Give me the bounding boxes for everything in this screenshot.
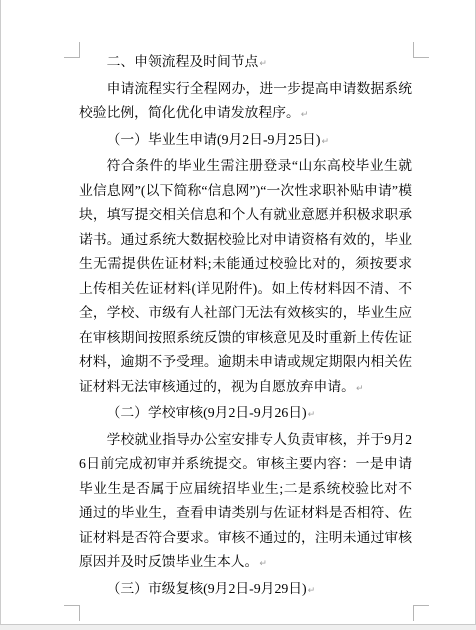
document-page: 二、申领流程及时间节点↵申请流程实行全程网办，进一步提高申请数据系统校验比例，简… <box>0 0 476 625</box>
document-content: 二、申领流程及时间节点↵申请流程实行全程网办，进一步提高申请数据系统校验比例，简… <box>79 50 412 603</box>
paragraph-body: 符合条件的毕业生需注册登录“山东高校毕业生就业信息网”(以下简称“信息网”)“一… <box>79 154 412 401</box>
paragraph-text: 申请流程实行全程网办，进一步提高申请数据系统校验比例，简化优化申请发放程序。 <box>79 81 412 121</box>
paragraph-body: 学校就业指导办公室安排专人负责审核，并于9月26日前完成初审并系统提交。审核主要… <box>79 428 412 577</box>
text-boundary-mark-bottom-left <box>64 605 80 621</box>
paragraph-mark-icon: ↵ <box>356 384 364 394</box>
paragraph-text: （二）学校审核(9月2日-9月26日) <box>107 405 307 420</box>
text-boundary-mark-top-left <box>64 42 80 58</box>
paragraph-mark-icon: ↵ <box>308 586 316 596</box>
paragraph-heading: （一）毕业生申请(9月2日-9月25日)↵ <box>79 128 412 155</box>
paragraph-body: 申请流程实行全程网办，进一步提高申请数据系统校验比例，简化优化申请发放程序。↵ <box>79 77 412 128</box>
paragraph-mark-icon: ↵ <box>259 559 267 569</box>
paragraph-text: 学校就业指导办公室安排专人负责审核，并于9月26日前完成初审并系统提交。审核主要… <box>79 432 412 570</box>
paragraph-text: （一）毕业生申请(9月2日-9月25日) <box>107 132 321 147</box>
paragraph-text: 二、申领流程及时间节点 <box>107 54 259 69</box>
paragraph-heading: 二、申领流程及时间节点↵ <box>79 50 412 77</box>
text-boundary-mark-bottom-right <box>413 605 429 621</box>
paragraph-text: （三）市级复核(9月2日-9月29日) <box>107 581 307 596</box>
paragraph-mark-icon: ↵ <box>301 110 309 120</box>
paragraph-text: 符合条件的毕业生需注册登录“山东高校毕业生就业信息网”(以下简称“信息网”)“一… <box>79 158 412 394</box>
paragraph-mark-icon: ↵ <box>308 410 316 420</box>
paragraph-heading: （二）学校审核(9月2日-9月26日)↵ <box>79 401 412 428</box>
paragraph-heading: （三）市级复核(9月2日-9月29日)↵ <box>79 577 412 604</box>
text-boundary-mark-top-right <box>413 42 429 58</box>
word-document-view: { "document": { "paragraph_mark": "↵", "… <box>0 0 476 630</box>
paragraph-mark-icon: ↵ <box>259 59 267 69</box>
paragraph-mark-icon: ↵ <box>321 137 329 147</box>
